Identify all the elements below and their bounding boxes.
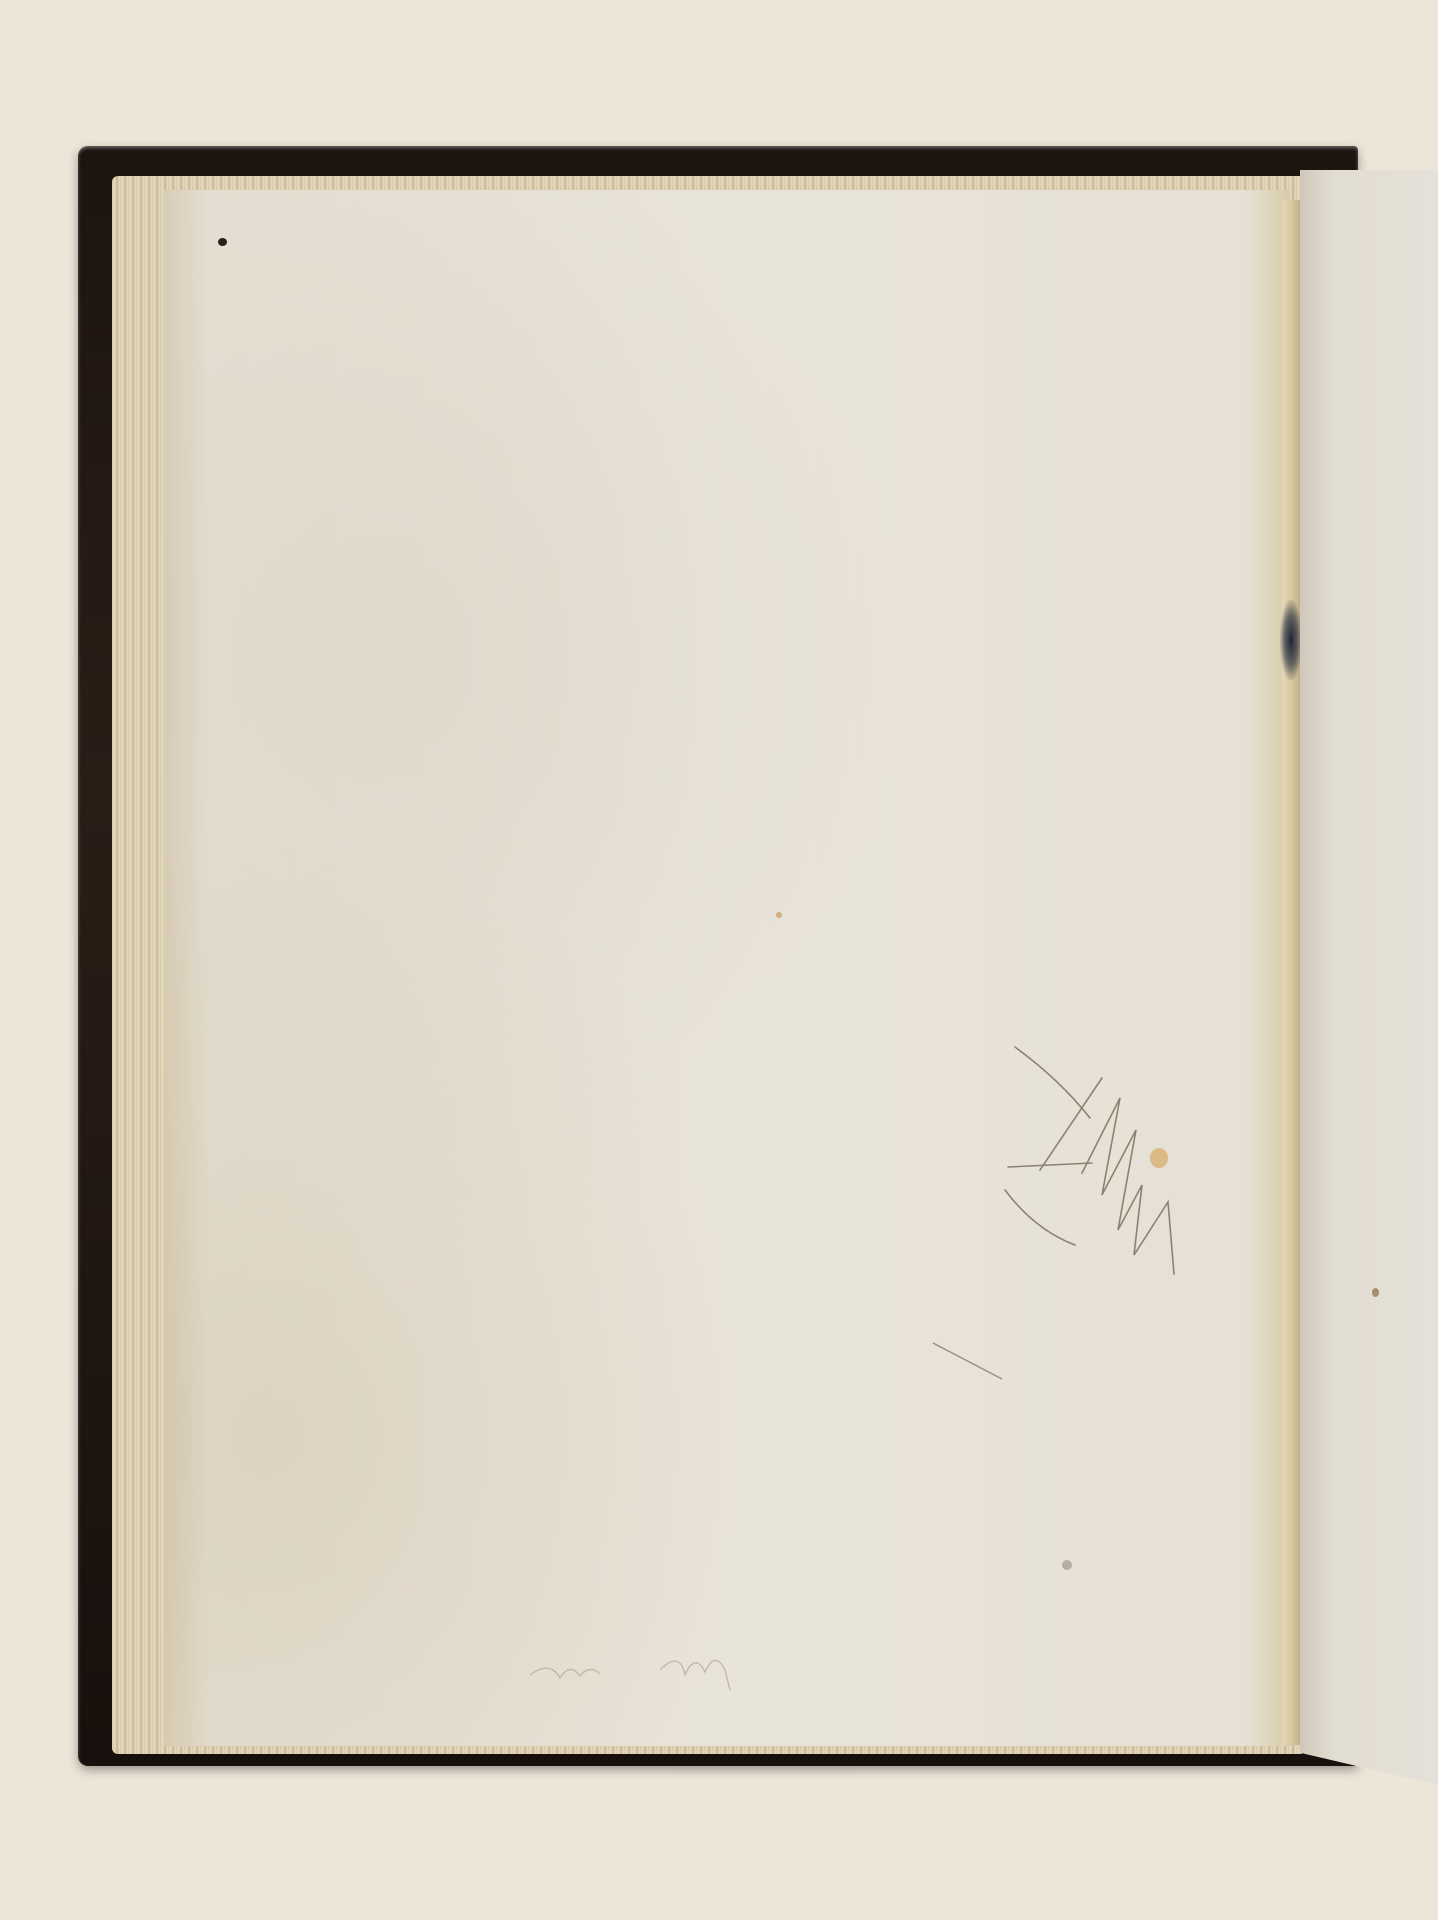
foxing-spot bbox=[776, 912, 782, 918]
blank-page bbox=[164, 190, 1290, 1746]
dirt-spot bbox=[1062, 1560, 1072, 1570]
gutter bbox=[1282, 200, 1302, 1745]
facing-page bbox=[1300, 170, 1438, 1785]
pencil-scribble bbox=[990, 1030, 1190, 1290]
book-photo bbox=[0, 0, 1438, 1920]
ink-stain bbox=[1280, 600, 1302, 680]
faint-pencil-marks bbox=[520, 1630, 760, 1710]
pencil-stroke bbox=[930, 1335, 1010, 1385]
dirt-spot bbox=[218, 238, 227, 246]
dirt-spot bbox=[1372, 1288, 1379, 1297]
